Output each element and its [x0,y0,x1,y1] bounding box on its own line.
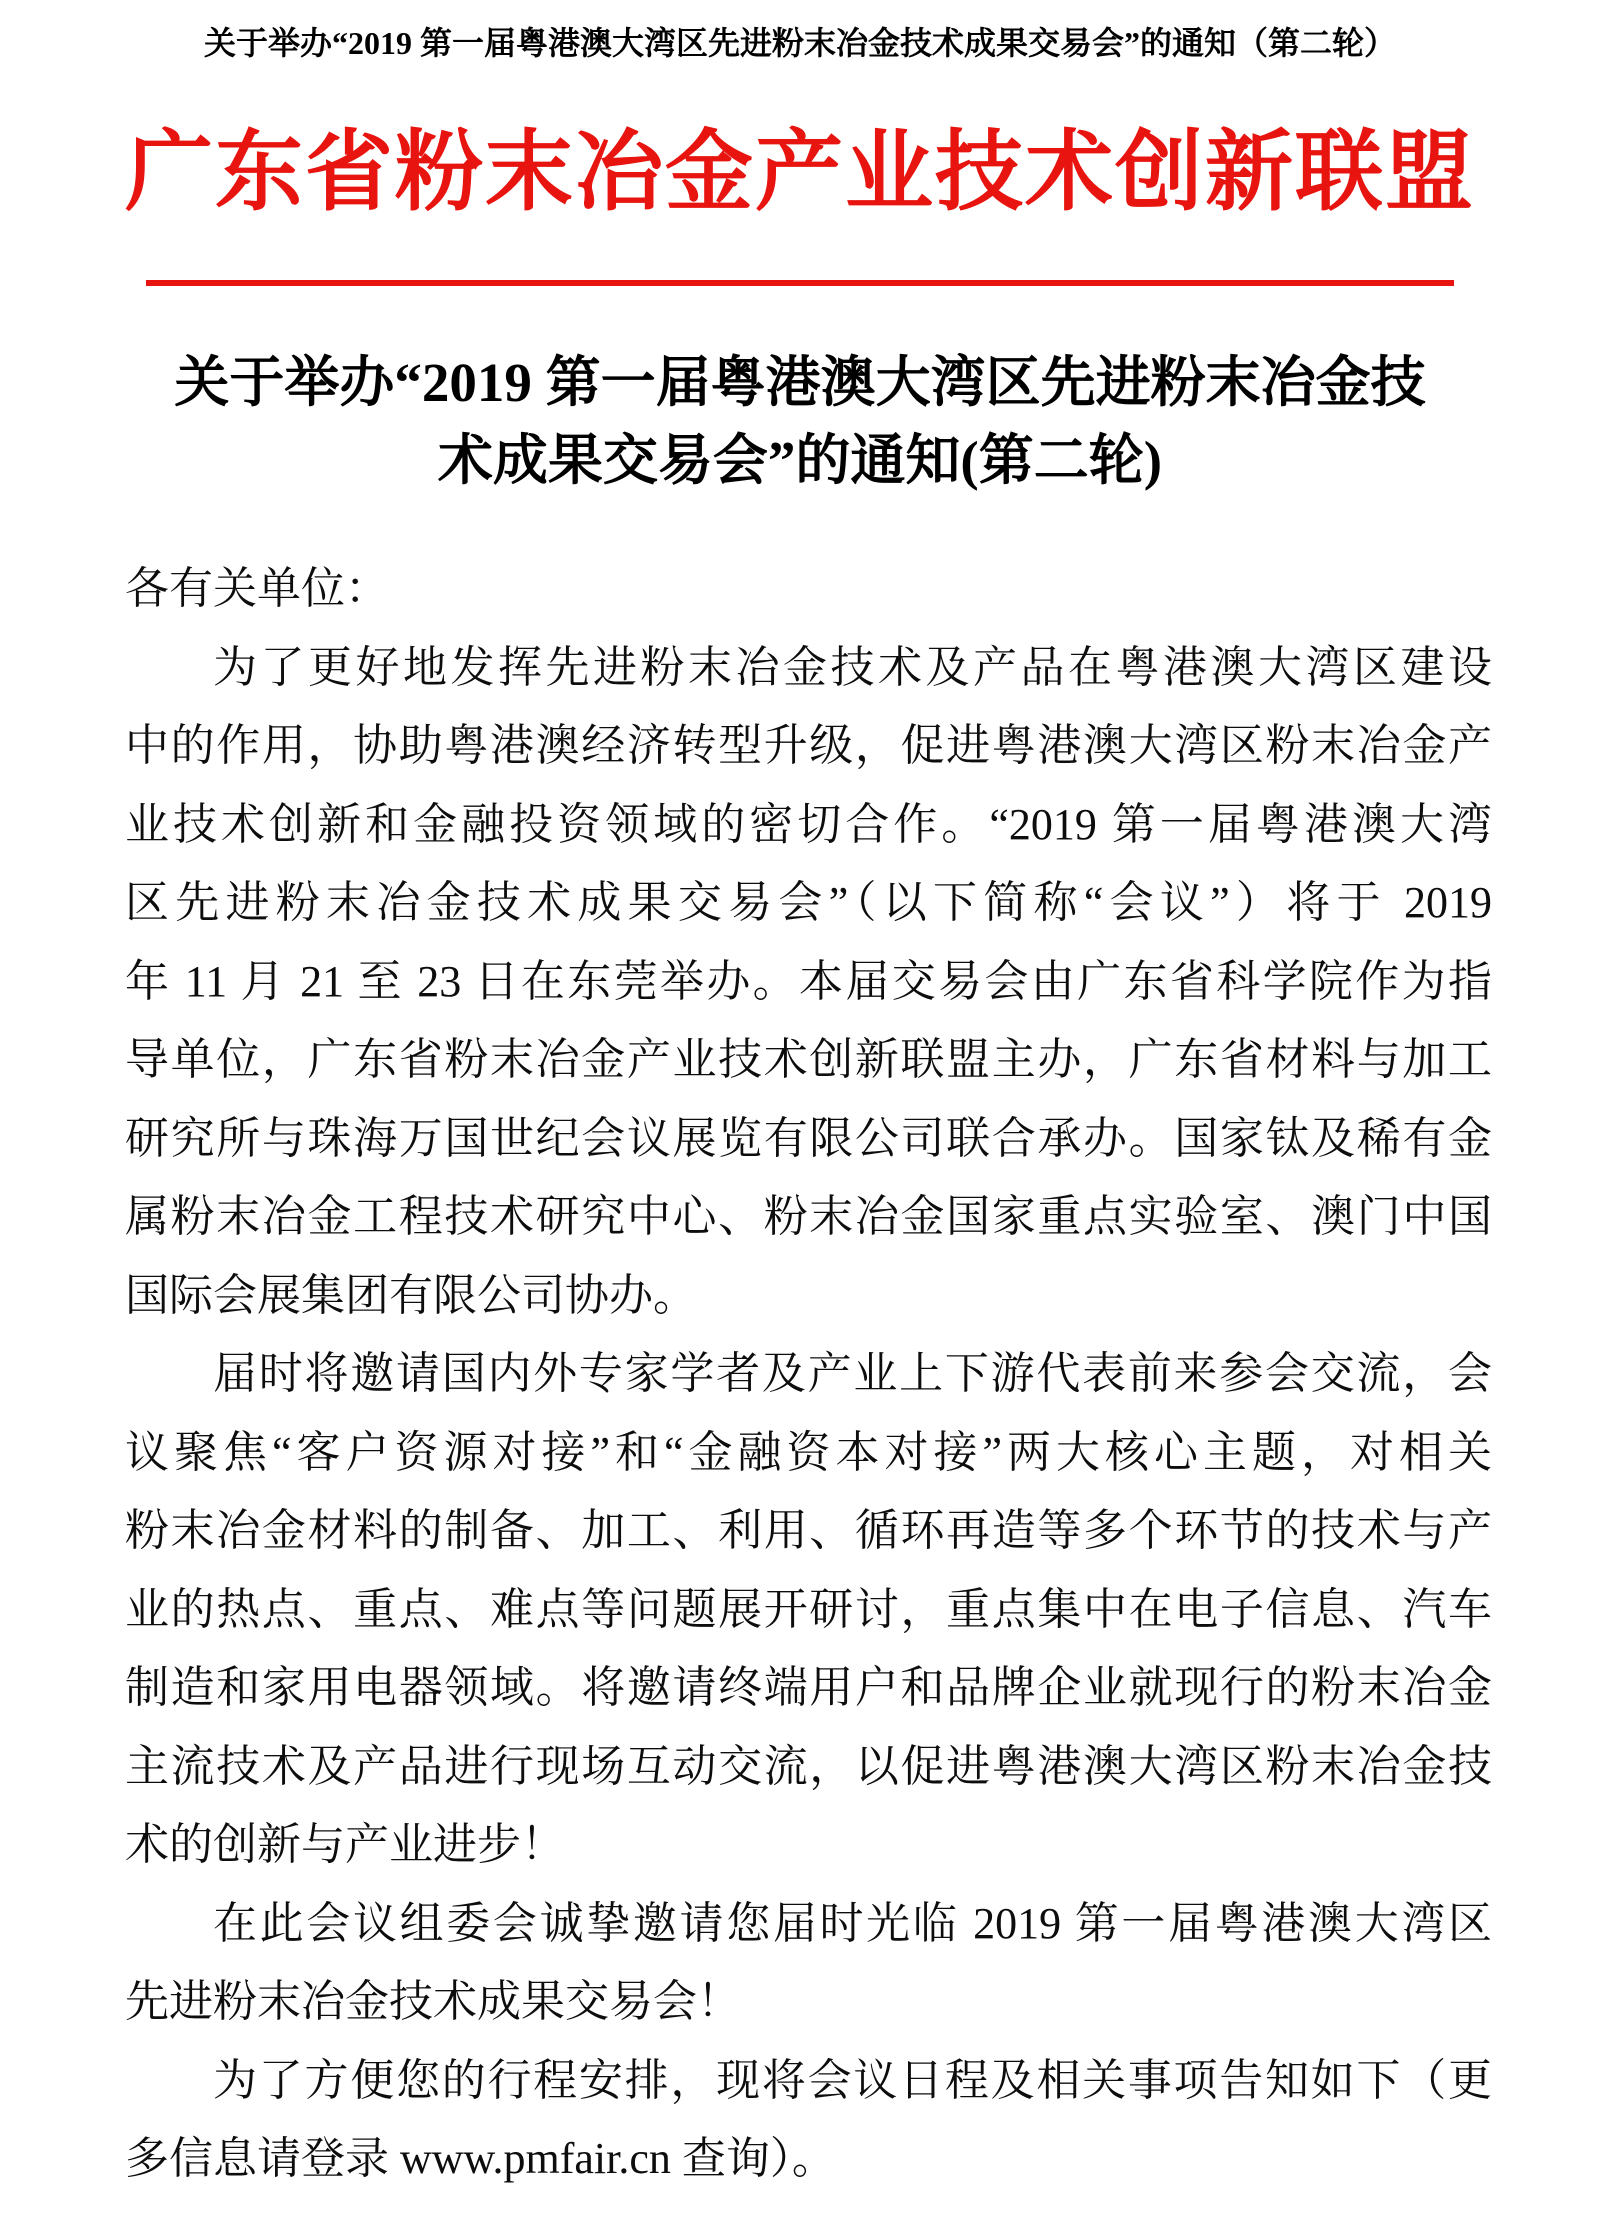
body-line: 为了更好地发挥先进粉末冶金技术及产品在粤港澳大湾区建设 [125,629,1492,708]
body-line: 先进粉末冶金技术成果交易会！ [125,1963,1492,2042]
body-line: 主流技术及产品进行现场互动交流，以促进粤港澳大湾区粉末冶金技 [125,1728,1492,1807]
document-title-line-1: 关于举办“2019 第一届粤港澳大湾区先进粉末冶金技 [0,344,1600,422]
red-divider-rule [146,280,1454,286]
document-title: 关于举办“2019 第一届粤港澳大湾区先进粉末冶金技 术成果交易会”的通知(第二… [0,344,1600,500]
body-line: 属粉末冶金工程技术研究中心、粉末冶金国家重点实验室、澳门中国 [125,1178,1492,1257]
body-line: 国际会展集团有限公司协办。 [125,1257,1492,1336]
body-line: 年 11 月 21 至 23 日在东莞举办。本届交易会由广东省科学院作为指 [125,943,1492,1022]
salutation-line: 各有关单位： [125,550,1492,629]
body-line: 议聚焦“客户资源对接”和“金融资本对接”两大核心主题，对相关 [125,1414,1492,1493]
body-line: 在此会议组委会诚挚邀请您届时光临 2019 第一届粤港澳大湾区 [125,1885,1492,1964]
document-body: 各有关单位： 为了更好地发挥先进粉末冶金技术及产品在粤港澳大湾区建设 中的作用，… [0,550,1600,2199]
body-line: 为了方便您的行程安排，现将会议日程及相关事项告知如下（更 [125,2042,1492,2121]
body-line: 研究所与珠海万国世纪会议展览有限公司联合承办。国家钛及稀有金 [125,1100,1492,1179]
body-line: 粉末冶金材料的制备、加工、利用、循环再造等多个环节的技术与产 [125,1492,1492,1571]
org-banner-title: 广东省粉末冶金产业技术创新联盟 [0,128,1600,216]
body-line: 中的作用，协助粤港澳经济转型升级，促进粤港澳大湾区粉末冶金产 [125,707,1492,786]
running-header: 关于举办“2019 第一届粤港澳大湾区先进粉末冶金技术成果交易会”的通知（第二轮… [0,0,1600,64]
body-line: 业技术创新和金融投资领域的密切合作。“2019 第一届粤港澳大湾 [125,786,1492,865]
document-title-line-2: 术成果交易会”的通知(第二轮) [0,422,1600,500]
body-line-with-url: 多信息请登录 www.pmfair.cn 查询）。 [125,2120,1492,2199]
body-line: 制造和家用电器领域。将邀请终端用户和品牌企业就现行的粉末冶金 [125,1649,1492,1728]
body-line: 导单位，广东省粉末冶金产业技术创新联盟主办，广东省材料与加工 [125,1021,1492,1100]
body-line: 术的创新与产业进步！ [125,1806,1492,1885]
body-line: 业的热点、重点、难点等问题展开研讨，重点集中在电子信息、汽车 [125,1571,1492,1650]
body-line: 区先进粉末冶金技术成果交易会”（以下简称“会议”）将于 2019 [125,864,1492,943]
document-page: 关于举办“2019 第一届粤港澳大湾区先进粉末冶金技术成果交易会”的通知（第二轮… [0,0,1600,2227]
body-line: 届时将邀请国内外专家学者及产业上下游代表前来参会交流，会 [125,1335,1492,1414]
